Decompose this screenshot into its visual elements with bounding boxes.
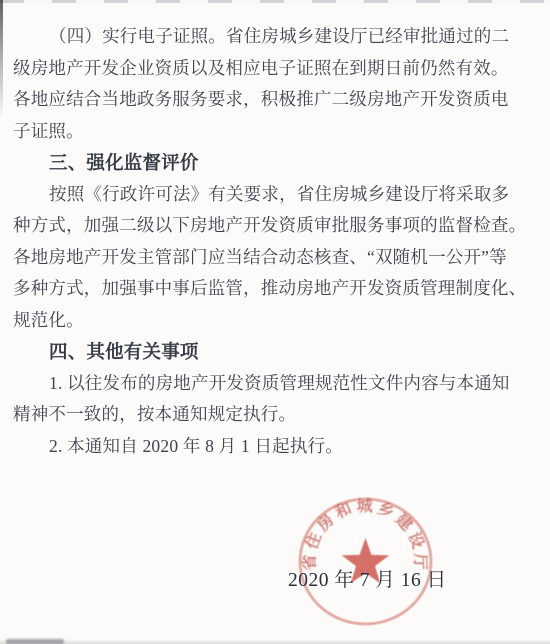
official-seal-graphic: 省住房和城乡建设厅 (297, 497, 433, 626)
document-body: （四）实行电子证照。省住房城乡建设厅已经审批通过的二 级房地产开发企业资质以及相… (13, 21, 525, 462)
paragraph-four-line-3: 各地应结合当地政务服务要求，积极推广二级房地产开发资质电 (13, 84, 525, 116)
scan-artifact-bottom-smudge (6, 639, 64, 644)
section-four-item1-line-1: 1. 以往发布的房地产开发资质管理规范性文件内容与本通知 (13, 368, 525, 400)
paragraph-four-line-2: 级房地产开发企业资质以及相应电子证照在到期日前仍然有效。 (13, 53, 525, 85)
section-four-item2-line-1: 2. 本通知自 2020 年 8 月 1 日起执行。 (13, 431, 525, 463)
section-three-heading: 三、强化监督评价 (13, 147, 525, 179)
section-three-line-1: 按照《行政许可法》有关要求，省住房城乡建设厅将采取多 (13, 179, 525, 211)
section-three-line-3: 各地房地产开发主管部门应当结合动态核查、“双随机一公开”等 (13, 242, 525, 274)
paragraph-four-line-1: （四）实行电子证照。省住房城乡建设厅已经审批通过的二 (13, 21, 525, 53)
scan-artifact-top-edge (0, 0, 550, 3)
section-three-line-2: 种方式，加强二级以下房地产开发资质审批服务事项的监督检查。 (13, 210, 525, 242)
section-four-item1-line-2: 精神不一致的，按本通知规定执行。 (13, 399, 525, 431)
paragraph-four-line-4: 子证照。 (13, 116, 525, 148)
official-seal: 省住房和城乡建设厅 (297, 497, 433, 626)
section-three-line-5: 规范化。 (13, 305, 525, 337)
signature-date: 2020 年 7 月 16 日 (288, 564, 447, 592)
scan-artifact-left-edge (0, 0, 3, 120)
scan-artifact-bottom-edge (0, 639, 550, 644)
scanned-document-page: （四）实行电子证照。省住房城乡建设厅已经审批通过的二 级房地产开发企业资质以及相… (0, 0, 550, 644)
section-three-line-4: 多种方式，加强事中事后监管，推动房地产开发资质管理制度化、 (13, 273, 525, 305)
section-four-heading: 四、其他有关事项 (13, 336, 525, 368)
